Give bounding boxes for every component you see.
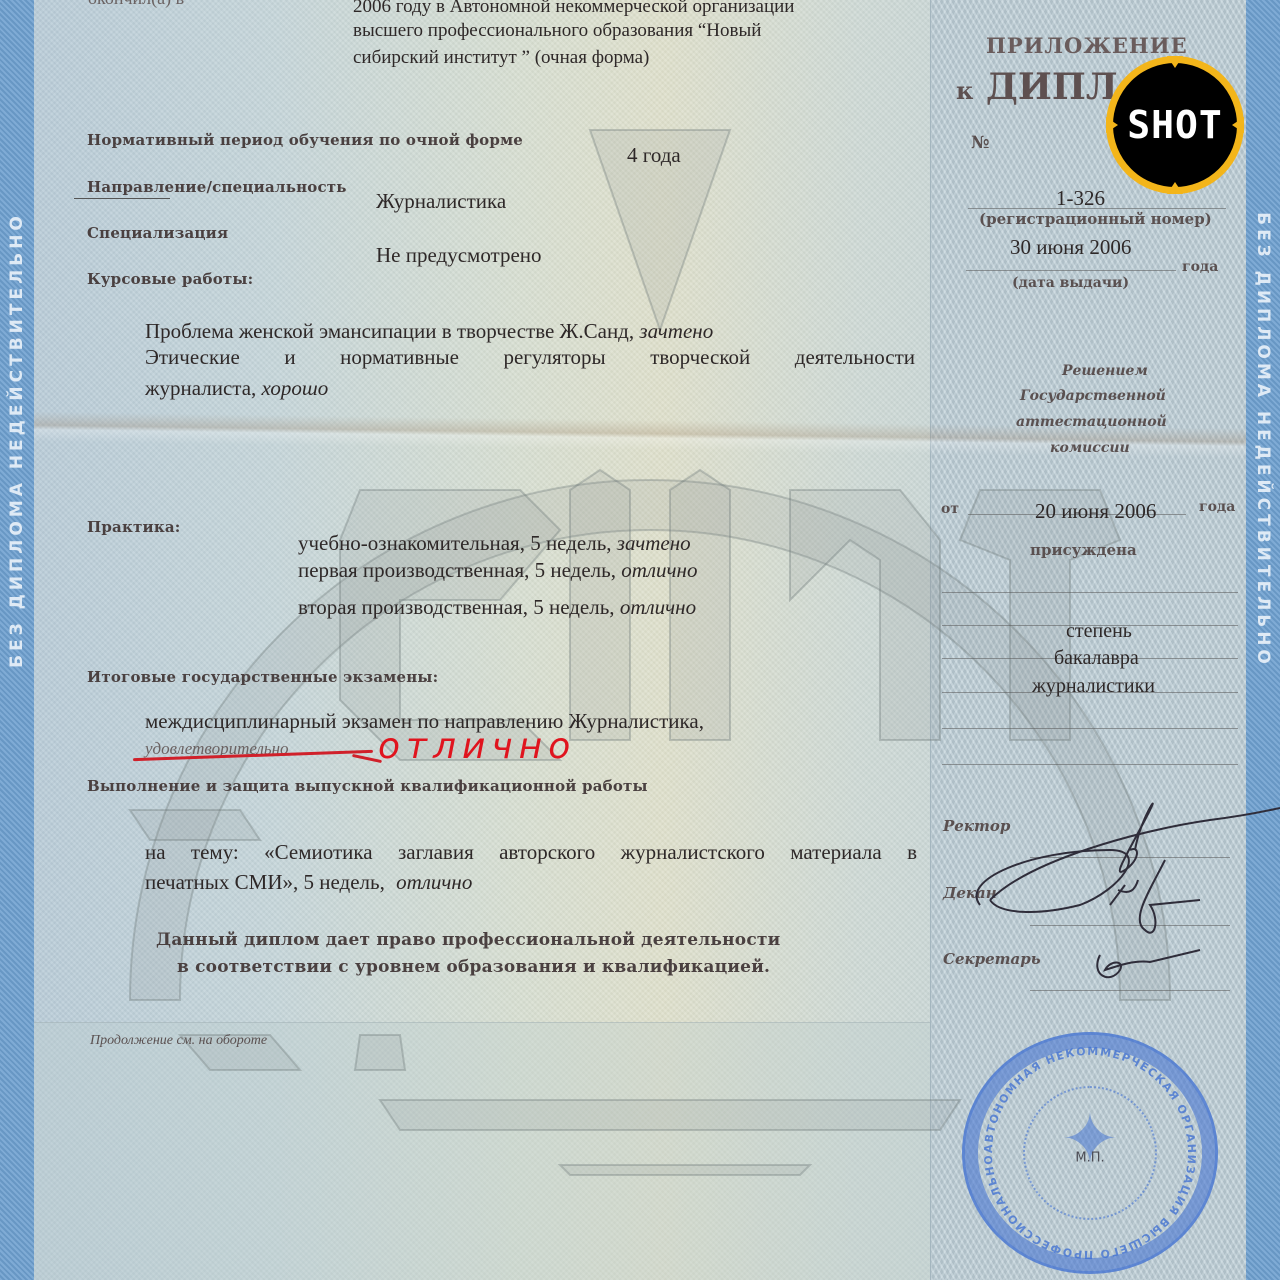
practice-label: Практика:: [87, 518, 181, 536]
practice-grade: зачтено: [617, 531, 691, 555]
commission-date: 20 июня 2006: [1035, 499, 1156, 524]
specialization-label: Специализация: [87, 224, 228, 242]
subtitle-prefix: к: [956, 76, 973, 105]
continuation-note: Продолжение см. на обороте: [90, 1033, 267, 1049]
security-stripe-right: БЕЗ ДИПЛОМА НЕДЕЙСТВИТЕЛЬНО: [1246, 0, 1280, 1280]
stamp-center-text: М.П.: [1075, 1150, 1104, 1165]
coat-of-arms-icon: ✦: [1061, 1098, 1120, 1180]
secretary-label: Секретарь: [943, 950, 1041, 968]
reg-number-line: [968, 208, 1226, 209]
practice-text: учебно-ознакомительная, 5 недель,: [298, 531, 612, 555]
practice-item: вторая производственная, 5 недель, отлич…: [298, 595, 696, 620]
logo-notch: [1167, 56, 1183, 68]
stripe-text: БЕЗ ДИПЛОМА НЕДЕЙСТВИТЕЛЬНО: [1253, 212, 1273, 668]
logo-notch: [1167, 182, 1183, 194]
commission-line-2: Государственной: [1020, 388, 1166, 404]
awarded-label: присуждена: [1030, 541, 1137, 559]
direction-label: Направление/специальность: [87, 178, 347, 196]
secretary-sign-line: [1030, 990, 1230, 991]
practice-item: первая производственная, 5 недель, отлич…: [298, 558, 697, 583]
state-exams-label: Итоговые государственные экзамены:: [87, 668, 438, 686]
coursework-item-cont: журналиста, хорошо: [145, 376, 328, 401]
commission-line-1: Решением: [1062, 363, 1148, 379]
dean-label: Декан: [943, 884, 997, 902]
commission-from-label: от: [941, 501, 959, 517]
thesis-label: Выполнение и защита выпускной квалификац…: [87, 777, 648, 795]
practice-grade: отлично: [621, 558, 697, 582]
coursework-grade: зачтено: [639, 319, 713, 343]
subtitle-word: ДИПЛ: [986, 66, 1118, 108]
institution-line-3: сибирский институт ” (очная форма): [353, 47, 649, 69]
degree-line-1: степень: [1066, 620, 1132, 643]
supplement-subtitle: к ДИПЛ: [956, 66, 1118, 108]
practice-grade: отлично: [620, 595, 696, 619]
institution-cut-text: окончил(а) в: [88, 0, 184, 9]
institution-line-1: 2006 году в Автономной некоммерческой ор…: [353, 0, 794, 18]
practice-text: вторая производственная, 5 недель,: [298, 595, 615, 619]
commission-line-4: комиссии: [1050, 440, 1130, 456]
coursework-item: Проблема женской эмансипации в творчеств…: [145, 319, 713, 344]
thesis-line-2: печатных СМИ», 5 недель, отлично: [145, 870, 472, 895]
degree-line: [942, 764, 1238, 765]
rector-label: Ректор: [943, 817, 1010, 835]
practice-text: первая производственная, 5 недель,: [298, 558, 616, 582]
thesis-text: печатных СМИ», 5 недель,: [145, 870, 385, 894]
specialization-value: Не предусмотрено: [376, 243, 542, 268]
shot-logo: SHOT: [1106, 56, 1244, 194]
coursework-title: Проблема женской эмансипации в творчеств…: [145, 319, 634, 343]
shot-logo-text: SHOT: [1127, 103, 1223, 147]
rights-statement-line-1: Данный диплом дает право профессионально…: [156, 930, 780, 950]
practice-item: учебно-ознакомительная, 5 недель, зачтен…: [298, 531, 691, 556]
registration-caption: (регистрационный номер): [979, 210, 1212, 228]
issue-date-suffix: года: [1182, 259, 1218, 275]
coursework-title: журналиста,: [145, 376, 256, 400]
commission-date-suffix: года: [1199, 499, 1235, 515]
direction-underline: [74, 198, 170, 199]
supplement-title: ПРИЛОЖЕНИЕ: [986, 33, 1188, 58]
issue-date-line: [966, 270, 1176, 271]
institution-stamp: АВТОНОМНАЯ НЕКОММЕРЧЕСКАЯ ОРГАНИЗАЦИЯ ВЫ…: [962, 1032, 1218, 1274]
bottom-band: [34, 1022, 930, 1280]
study-period-label: Нормативный период обучения по очной фор…: [87, 131, 523, 149]
number-label: №: [971, 133, 989, 153]
coursework-item: Этические и нормативные регуляторы творч…: [145, 345, 915, 370]
logo-notch: [1232, 117, 1244, 133]
rector-sign-line: [1030, 857, 1230, 858]
institution-line-2: высшего профессионального образования “Н…: [353, 20, 761, 42]
rights-statement-line-2: в соответствии с уровнем образования и к…: [177, 957, 770, 977]
stripe-text: БЕЗ ДИПЛОМА НЕДЕЙСТВИТЕЛЬНО: [7, 212, 27, 668]
coursework-label: Курсовые работы:: [87, 270, 253, 288]
thesis-grade: отлично: [396, 870, 472, 894]
issue-date: 30 июня 2006: [1010, 235, 1131, 260]
degree-line: [942, 728, 1238, 729]
commission-line-3: аттестационной: [1016, 414, 1167, 430]
degree-line: [942, 592, 1238, 593]
issue-date-caption: (дата выдачи): [1012, 275, 1129, 291]
degree-line-3: журналистики: [1032, 675, 1155, 698]
study-period-value: 4 года: [627, 143, 681, 168]
direction-value: Журналистика: [376, 189, 506, 214]
logo-notch: [1106, 117, 1118, 133]
degree-line-2: бакалавра: [1054, 647, 1139, 670]
handwritten-correction: отлично: [378, 726, 576, 767]
security-stripe-left: БЕЗ ДИПЛОМА НЕДЕЙСТВИТЕЛЬНО: [0, 0, 34, 1280]
coursework-grade: хорошо: [262, 376, 329, 400]
dean-sign-line: [1030, 925, 1230, 926]
thesis-line-1: на тему: «Семиотика заглавия авторского …: [145, 840, 917, 865]
